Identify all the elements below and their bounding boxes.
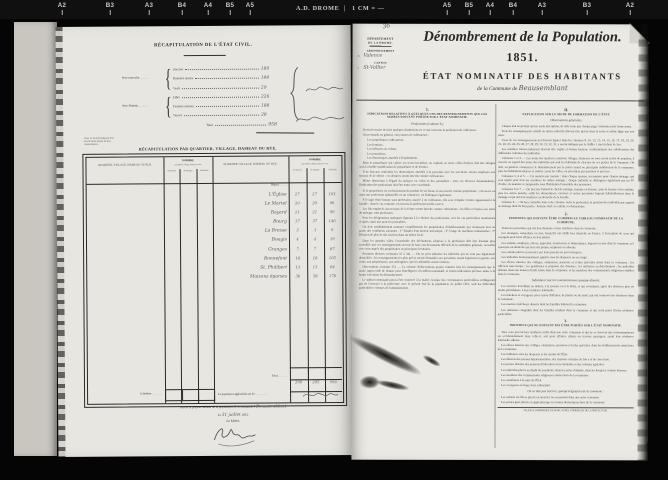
text-block: Les jeunes détenus des maisons d'éducati… — [498, 362, 634, 366]
department-box: DÉPARTEMENT DE LA DROME. ARRONDISSEMENT … — [357, 37, 403, 71]
text-block: INDIVIDUS QUI DOIVENT ÊTRE COMPRIS AU TA… — [503, 217, 629, 225]
text-block: Les membres des communautés religieuses … — [498, 373, 634, 377]
grid-rule — [182, 390, 183, 400]
table-rule — [163, 157, 165, 403]
maisons-value: 4 — [289, 238, 306, 242]
text-block: Il ne faut pas confondre les domestiques… — [359, 170, 495, 178]
civil-row-label: Femmes mariées — [173, 104, 194, 108]
left-page: RÉCAPITULATION DE L'ÉTAT CIVIL. Sexe mas… — [56, 25, 354, 457]
text-block: Les étrangers, naturalisés ou non, lorsq… — [498, 231, 634, 239]
text-block: Les individus placés au dépôt de mendici… — [498, 368, 634, 372]
civil-total-label: Total — [206, 123, 213, 127]
ink-blot — [375, 378, 410, 392]
civil-list: Garçons 189 Hommes mariés 188 Veufs 29 — [173, 66, 285, 123]
quartier-name: Bourg — [214, 219, 289, 225]
recap-quartier-title: RÉCAPITULATION PAR QUARTIER, VILLAGE, HA… — [72, 146, 343, 152]
attestation-date-line: Le 31 juillet 1851. — [153, 411, 313, 417]
civil-group-masculin: Sexe masculin . . . . . — [122, 75, 170, 79]
ruler-tick — [512, 10, 513, 15]
civil-row-label: Garçons — [173, 67, 183, 71]
col-header-menages: de ménages — [306, 169, 324, 171]
ruler-tick — [541, 10, 542, 15]
ruler-tick — [468, 10, 469, 15]
dotted-leader — [215, 125, 266, 126]
table-total-label: Total. . . . . . . — [215, 373, 287, 378]
civil-row-value: 188 — [261, 76, 285, 81]
civil-row-value: 189 — [261, 66, 285, 71]
menages-value: 7 — [306, 247, 323, 251]
civil-row-label: Hommes mariés — [173, 76, 193, 80]
title-rule — [184, 54, 226, 55]
archive-label: A.D. DROME — [296, 5, 339, 12]
total-grid: 200 205 958 — [290, 367, 342, 392]
text-block: Les ouvriers travaillant au dehors, à la… — [498, 284, 634, 292]
ruler-mark: A5 — [246, 2, 255, 15]
maisons-value: 20 — [289, 201, 306, 205]
civil-total-value: 958 — [268, 122, 290, 127]
total-individus: 958 — [325, 380, 342, 384]
ruler-mark-label: A3 — [145, 2, 154, 9]
commune-name-handwritten: Beausemblant — [519, 84, 568, 92]
ruler-mark: A2 — [58, 2, 67, 15]
quartier-name: Bougis — [214, 238, 289, 244]
box-rule — [370, 46, 392, 47]
text-block: Colonne 8. — On fera connaître dans cett… — [498, 200, 634, 208]
text-block: Les enfants, employés, élèves, apprentis… — [498, 241, 634, 249]
canton-value-row: à St-Vallier — [357, 65, 403, 70]
census-year: 1851. — [398, 50, 646, 66]
menages-value: 20 — [306, 201, 323, 205]
col-subheader-nombre-1: par quartier, village, hameau ou rue — [163, 164, 212, 166]
mayor-signature — [208, 424, 262, 450]
table-row: Maisons éparses 36 38 176 — [214, 274, 341, 284]
report-label: Report. . . . . . — [214, 183, 287, 187]
arrondissement-handwritten: Valence — [363, 53, 382, 58]
maisons-value: 7 — [289, 247, 306, 251]
scanned-census-viewer: A2 B3 A3 B4 A4 B5 — [0, 0, 668, 480]
ruler-mark-label: B3 — [583, 2, 592, 9]
quartier-name: Le Martel — [214, 201, 289, 207]
dotted-leader — [196, 106, 259, 107]
ruler-tick — [586, 10, 587, 15]
text-block: II. — [498, 106, 634, 111]
civil-row: Veuves 28 — [173, 113, 285, 123]
canton-handwritten: St-Vallier — [363, 65, 385, 70]
maisons-value: 27 — [289, 192, 306, 196]
ruler-mark: A3 — [538, 2, 547, 15]
ruler-tick — [249, 10, 250, 15]
text-block: Individus à inscrire nominativement quoi… — [500, 278, 632, 282]
text-block: Pour les désignations analogues figurant… — [359, 216, 495, 224]
text-block: Les aumôniers à la suite de l'État. — [498, 378, 634, 382]
text-block: Observations générales. — [498, 118, 634, 122]
right-page: 36 DÉPARTEMENT DE LA DROME. ARRONDISSEME… — [351, 24, 648, 461]
text-block: Les propriétaires-cultivateurs, — [367, 138, 495, 142]
civil-row-value: 28 — [261, 113, 285, 118]
ruler-tick — [229, 10, 230, 15]
text-block: Colonnes 1 et 2. — Les noms des quartier… — [498, 156, 634, 172]
date-handwritten: 31 juillet — [222, 411, 241, 416]
ruler-tick — [207, 10, 208, 15]
drome-label: DE LA DROME. — [358, 41, 404, 45]
instructions-column-left: 1.INDICATIONS RELATIVES À QUELQUES-UNS D… — [359, 104, 495, 292]
quartier-name: Maisons éparses — [214, 275, 289, 281]
ruler-scale-label: 1 CM = — — [352, 5, 385, 12]
col-header-menages: de ménages — [180, 170, 196, 172]
text-block: Les fils employés aux travaux de la ferm… — [359, 207, 495, 215]
ruler-mark-label: A4 — [204, 2, 213, 9]
ruler-mark: A2 — [626, 2, 635, 15]
handwritten-annotation — [294, 113, 346, 125]
text-block: On reconnaît, en général, cinq classes d… — [359, 132, 495, 136]
ruler-mark-label: B5 — [226, 2, 235, 9]
maire-label: Le Maire, — [188, 418, 278, 423]
quartier-table: QUARTIER, VILLAGE, HAMEAU OU RUE. NOMBRE… — [85, 155, 344, 405]
ruler-mark: A4 — [486, 2, 495, 15]
ruler-mark-label: B5 — [465, 2, 474, 9]
text-block: Colonnes 6 et 7. — On inscrira d'abord l… — [498, 187, 634, 199]
text-block: Professions (colonne 6.) — [359, 122, 495, 126]
ruler-mark: B5 — [226, 2, 235, 15]
column-divider — [494, 104, 495, 448]
text-block: Les voyageurs au long cours embarqués. — [498, 383, 634, 387]
instructions-column-right: II.EXPLICATION SUR LE MODE DE FORMATION … — [498, 104, 635, 413]
individus-value: 105 — [324, 256, 341, 260]
col-subheader-nombre-2: par quartier, village, hameau ou rue — [288, 163, 341, 165]
col-header-quartier-1: QUARTIER, VILLAGE, HAMEAU OU RUE. — [87, 163, 162, 167]
menages-value: 18 — [306, 256, 323, 260]
individus-value: 87 — [324, 247, 341, 251]
ink-blot — [422, 353, 442, 368]
text-block: Les militaires sous les drapeaux et les … — [498, 352, 634, 356]
ruler-mark-label: A2 — [58, 2, 67, 9]
quartier-name: St. Philibert — [214, 265, 289, 271]
document-title: Dénombrement de la Population. — [399, 29, 647, 47]
dotted-leader — [184, 115, 259, 117]
col-header-nombre-1: NOMBRE — [163, 159, 212, 162]
ruler-tick — [446, 10, 447, 15]
text-block: Les individus momentanément appelés sous… — [498, 255, 634, 259]
text-block: Les enfants placés en nourrice par leurs… — [498, 250, 634, 254]
quartier-name: Granges — [214, 247, 289, 253]
quartier-name: L'Église — [214, 192, 289, 198]
commune-label: de la Commune de — [477, 86, 517, 92]
ruler-tick — [61, 10, 62, 15]
text-block: Positions diverses (colonnes 10 à 34). —… — [359, 252, 495, 264]
handwritten-annotation — [304, 83, 344, 95]
menages-value: 21 — [306, 210, 323, 214]
ruler-mark-label: B4 — [178, 2, 187, 9]
ruler-mark: B5 — [465, 2, 474, 15]
dotted-leader — [185, 69, 259, 71]
ruler-mark-label: A3 — [538, 2, 547, 9]
text-block: Toutes les personnes qui ont leur demeur… — [498, 226, 634, 230]
text-block: Il est nécessaire de faire quelques dist… — [359, 127, 495, 131]
commune-line: de la Commune de Beausemblant — [398, 84, 646, 93]
individus-value: 90 — [323, 201, 340, 205]
ruler-mark: B3 — [583, 2, 592, 15]
civil-row-label: Filles — [173, 95, 180, 99]
ruler-mark-label: B4 — [509, 2, 518, 9]
handwritten-note — [301, 390, 339, 400]
text-block: Colonnes 3, 4 et 5. — Un numéro par mais… — [498, 174, 634, 186]
text-block: Si le propriétaire vit exclusivement du … — [359, 188, 495, 196]
document-subtitle: ÉTAT NOMINATIF DES HABITANTS — [398, 71, 646, 82]
ruler-tick — [181, 10, 182, 15]
text-block: Mais le propriétaire qui cultive ses ter… — [359, 161, 495, 169]
ruler-mark-label: A5 — [246, 2, 255, 9]
text-block: Même distinction à l'égard du métayer ou… — [359, 179, 495, 187]
text-block: Observations (colonne 35). — La colonne … — [359, 265, 495, 277]
nota-block: Nota. Le total des habitants doitêtre le… — [84, 138, 128, 148]
text-block: Les métayers ou colons, — [367, 147, 495, 151]
total-menages: 205 — [307, 380, 324, 384]
individus-value: 9 — [324, 228, 341, 232]
grid-rule — [198, 390, 199, 400]
text-block: Ceux de ces renseignements qui doivent f… — [498, 138, 634, 146]
maisons-value: 36 — [289, 274, 306, 278]
civil-row-value: 29 — [261, 85, 285, 90]
ruler-mark-label: A5 — [443, 2, 452, 9]
total-maisons: 200 — [290, 380, 307, 384]
ruler-mark-label: B3 — [106, 2, 115, 9]
ruler-mark: A5 — [443, 2, 452, 15]
text-block: 1. — [359, 106, 495, 111]
text-block: Les militaires congédiés dont les famill… — [498, 307, 634, 315]
ruler-divider: | — [344, 5, 346, 12]
text-block: Les élèves internes des collèges, sémina… — [498, 343, 634, 351]
quartier-name: Bonnefont — [214, 256, 289, 262]
text-block: Les domestiques attachés à l'exploitatio… — [367, 156, 495, 160]
ruler-mark: B4 — [509, 2, 518, 15]
individus-value: 19 — [324, 237, 341, 241]
menages-value: 13 — [306, 265, 323, 269]
text-block: On doit semblablement nommer complètemen… — [359, 225, 495, 237]
text-block: INDICATIONS RELATIVES À QUELQUES-UNS DES… — [364, 112, 490, 120]
text-block: Les jeunes gens placés en apprentissage … — [498, 400, 634, 404]
individus-value: 146 — [323, 219, 340, 223]
commune-handwritten: Beausemblant — [256, 403, 286, 408]
menages-value: 3 — [306, 228, 323, 232]
quartier-name: Bayard — [214, 210, 289, 216]
menages-value: 37 — [306, 219, 323, 223]
text-block: EXPLICATION SUR LE MODE DE FORMATION DE … — [503, 113, 629, 117]
total-values: 200 205 958 — [290, 380, 342, 384]
text-block: On ne doit pas inscrire, quoiqu'originai… — [500, 389, 632, 393]
civil-total-row: Total 958 — [206, 122, 290, 128]
ruler-mark: A3 — [145, 2, 154, 15]
text-block: Tous ceux qui ont leur résidence réelle … — [498, 330, 634, 342]
dotted-leader — [195, 78, 259, 79]
maisons-value: 37 — [289, 219, 306, 223]
col-header-nombre-2: NOMBRE — [288, 158, 341, 161]
col-header-maisons: de maisons — [289, 169, 307, 171]
civil-row-label: Veufs — [173, 86, 180, 90]
table-rule — [196, 169, 198, 403]
ruler-tick — [489, 10, 490, 15]
deduire-grid — [165, 389, 215, 401]
col-header-individus: d'individus — [324, 169, 342, 171]
text-block: Dans les grandes villes, l'exactitude de… — [359, 238, 495, 250]
ruler-mark-label: A2 — [626, 2, 635, 9]
text-block: Les marins et pêcheurs absents dont les … — [498, 302, 634, 306]
attestation-text: Arrêté le présent tableau de la populati… — [180, 405, 255, 410]
maisons-value: 18 — [289, 256, 306, 260]
ruler-tick — [629, 10, 630, 15]
page-stack-edge — [14, 22, 57, 456]
text-block: Chaque état ne portant qu'une seule insc… — [498, 124, 634, 128]
total-underline — [256, 132, 314, 133]
maisons-value: 3 — [289, 229, 306, 233]
text-block: Le tableau nominatif pourra être conserv… — [359, 278, 495, 290]
menages-value: 4 — [306, 238, 323, 242]
ruler-tick — [109, 10, 110, 15]
maisons-value: 13 — [289, 265, 306, 269]
corner-fold — [630, 23, 650, 43]
maisons-value: 21 — [289, 210, 306, 214]
subcolumns-1: de maisons de ménages d'individus — [164, 170, 213, 173]
ink-blot — [347, 332, 424, 379]
civil-row-value: 226 — [261, 94, 285, 99]
text-block: INDIVIDUS QUI NE DOIVENT PAS ÊTRE PORTÉS… — [503, 324, 629, 328]
civil-group-feminin: Sexe féminin . . . . . . — [122, 103, 170, 107]
civil-row-label: Veuves — [173, 114, 182, 118]
ruler-mark-label: A4 — [486, 2, 495, 9]
quartier-name: La Bresse — [214, 229, 289, 235]
ruler-mark: B3 — [106, 2, 115, 15]
deduire-label: A déduire. . . . . . . . — [98, 391, 162, 395]
recap-civil-title: RÉCAPITULATION DE L'ÉTAT CIVIL. — [86, 42, 321, 49]
arrondissement-value-row: de Valence — [357, 53, 403, 58]
individus-value: 90 — [323, 210, 340, 214]
text-block: S'il s'agit d'une femme sans profession,… — [359, 197, 495, 205]
individus-value: 176 — [324, 274, 341, 278]
text-block: VALENCE, IMPRIMERIE DE MARC AUREL, IMPRI… — [498, 407, 634, 413]
brace-glyph: { — [165, 65, 172, 92]
text-block: Les élèves internes des collèges, sémina… — [498, 260, 634, 276]
col-header-quartier-2: QUARTIER, VILLAGE, HAMEAU OU RUE. — [213, 162, 287, 166]
dotted-leader — [182, 97, 259, 99]
individus-value: 103 — [323, 192, 340, 196]
brace-glyph: { — [165, 93, 172, 120]
col-header-individus: d'individus — [196, 170, 212, 172]
ruler-mark: B4 — [178, 2, 187, 15]
text-block: Les bateliers et voyageurs pour raison d… — [498, 293, 634, 301]
text-block: Les nombres transversalement devront êtr… — [498, 147, 634, 155]
table-rule — [180, 169, 182, 403]
menages-value: 38 — [307, 274, 324, 278]
ruler-mark: A4 — [204, 2, 213, 15]
text-block: Tous les renseignements relatifs au même… — [498, 129, 634, 137]
subcolumns-2: de maisons de ménages d'individus — [289, 169, 342, 172]
page-number-handwritten: 36 — [382, 22, 391, 30]
menages-value: 27 — [306, 192, 323, 196]
population-agglomeree-label: La population agglomérée est de . . . . … — [218, 392, 302, 396]
text-block: Les détenus des prisons départementales,… — [498, 357, 634, 361]
text-block: Les enfants ou élèves placés en nourrice… — [498, 395, 634, 399]
individus-value: 84 — [324, 265, 341, 269]
quartier-rows: L'Église 27 27 103 Le Martel 20 20 90 Ba… — [214, 192, 342, 285]
ruler-tick — [148, 10, 149, 15]
attestation-line: Arrêté le présent tableau de la populati… — [128, 403, 338, 409]
header-divider-rule — [356, 100, 644, 101]
col-header-maisons: de maisons — [164, 170, 180, 172]
civil-row-value: 188 — [261, 104, 285, 109]
year-label: 1851. — [242, 412, 249, 416]
le-label: Le — [218, 412, 221, 416]
dotted-leader — [182, 87, 259, 89]
